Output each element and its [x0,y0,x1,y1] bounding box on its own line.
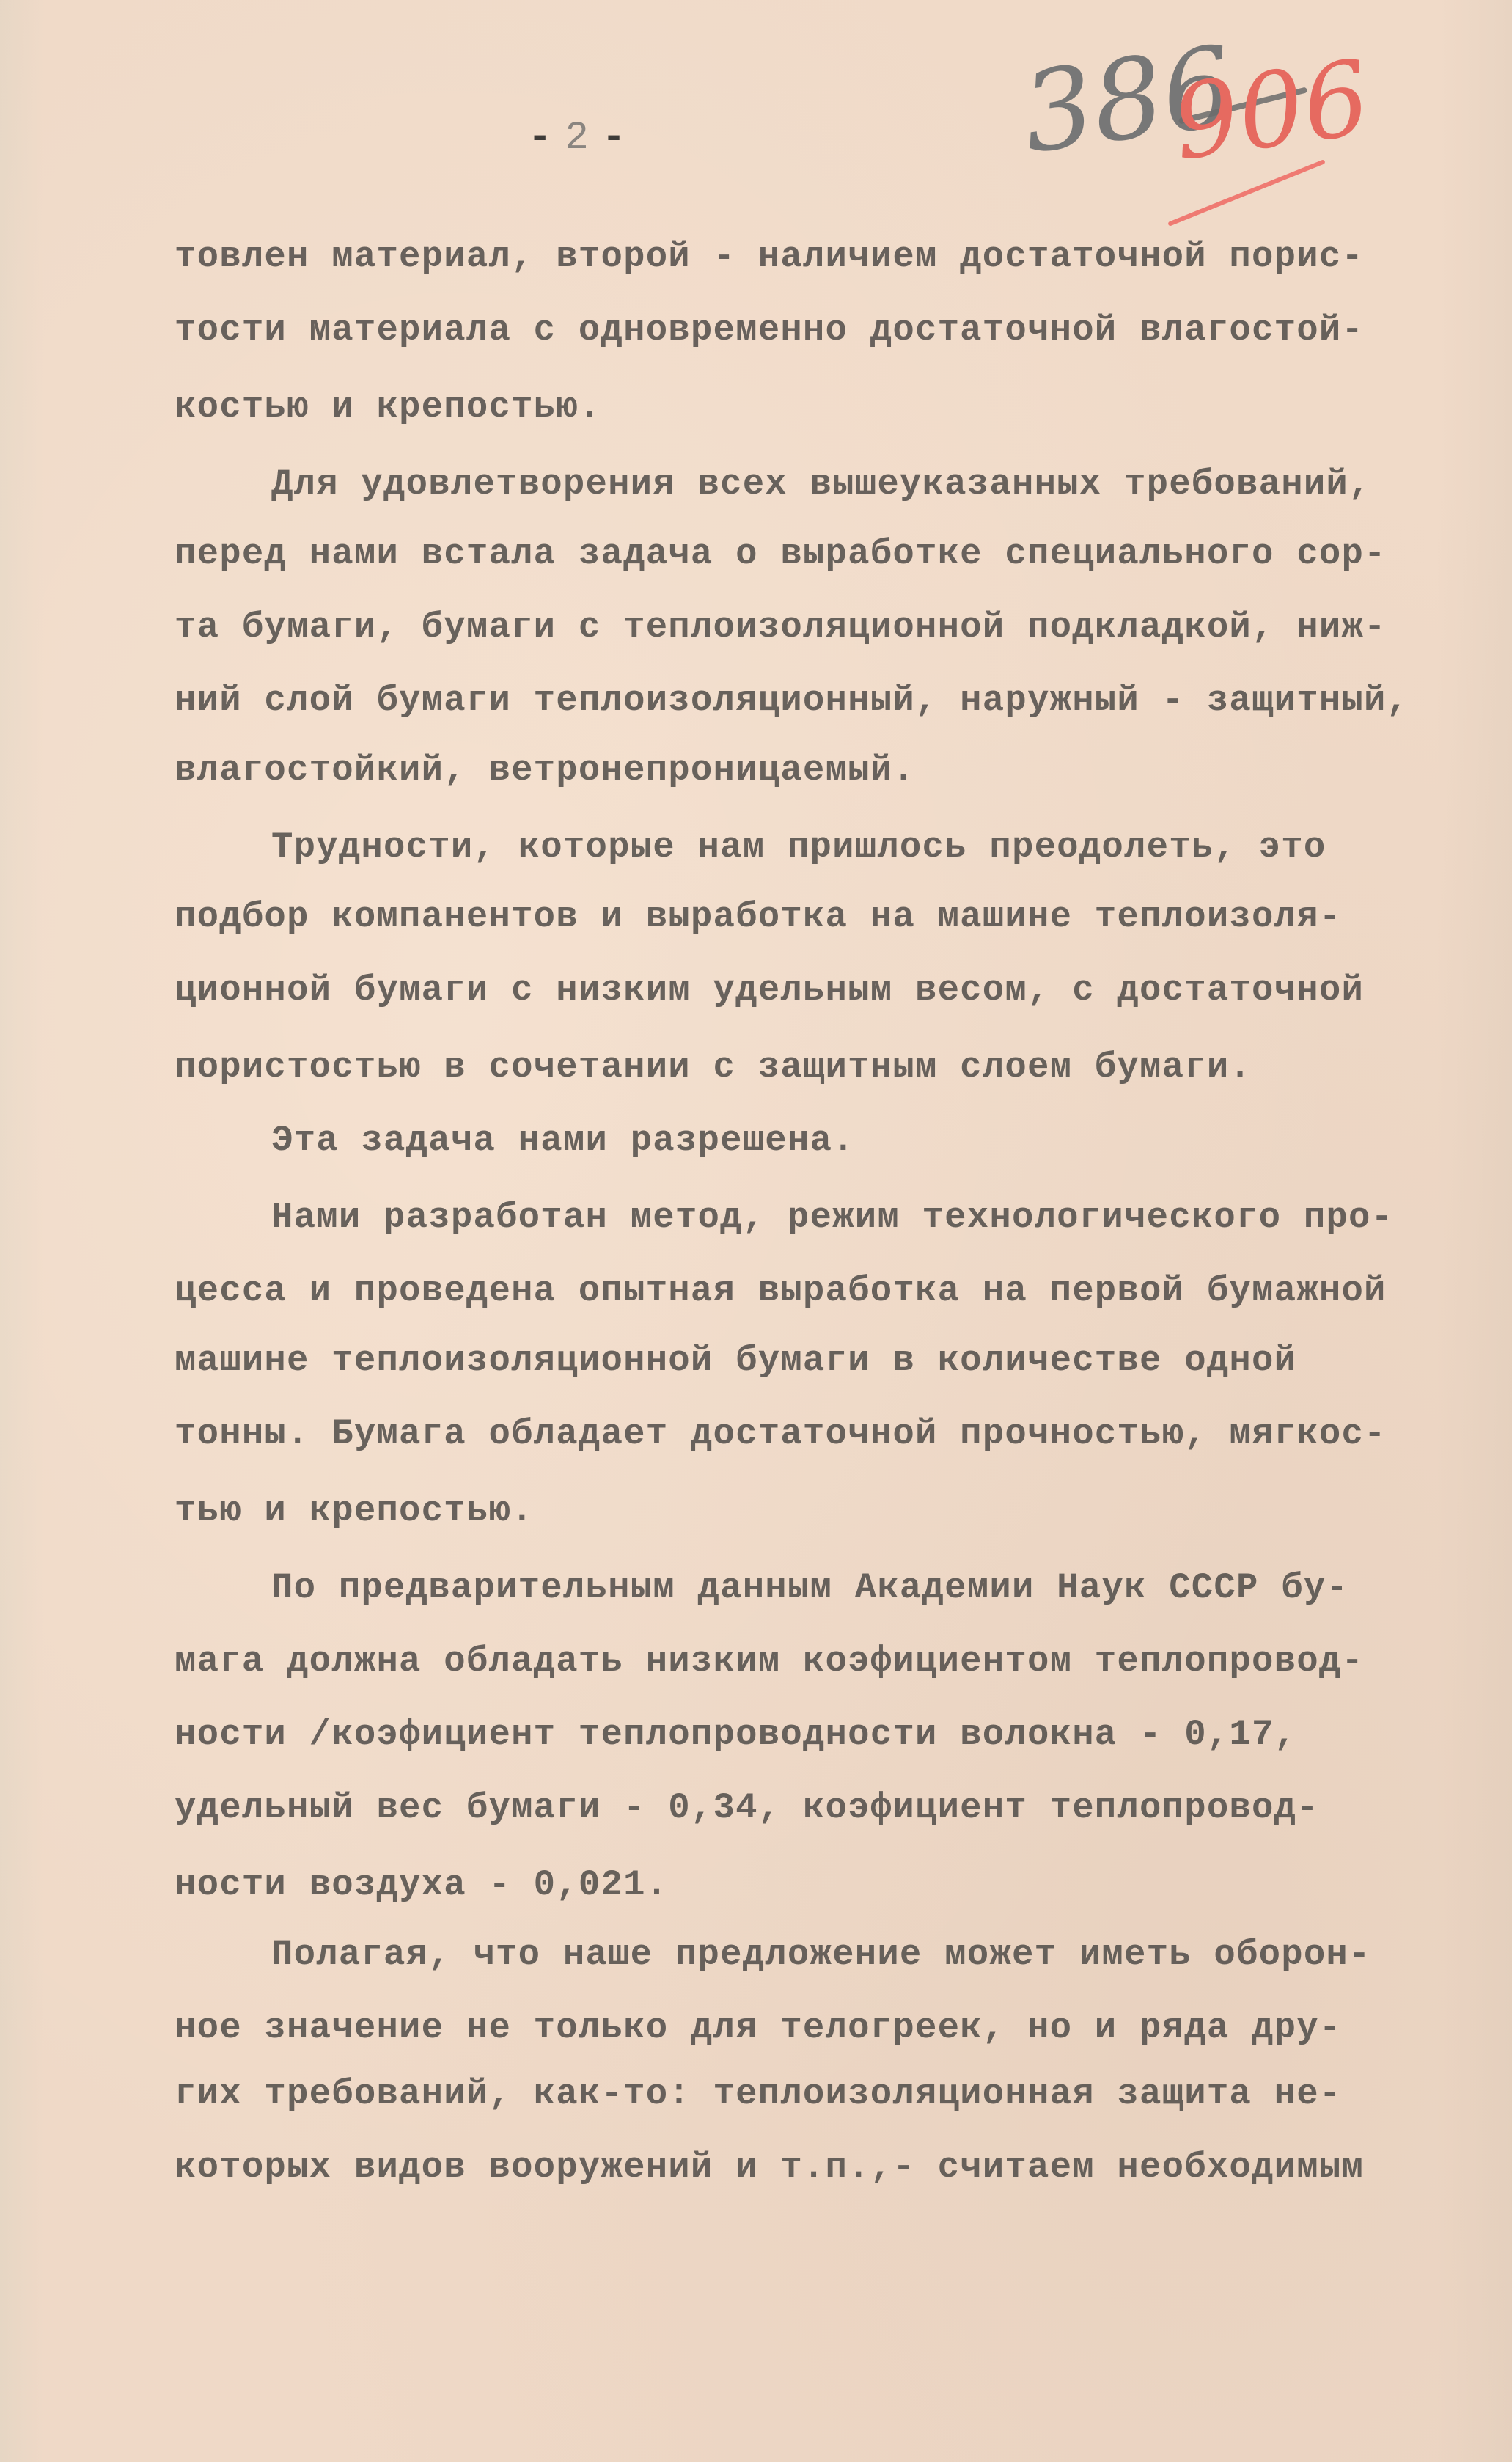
text-line: пористостью в сочетании с защитным слоем… [175,1047,1252,1088]
text-line: товлен материал, второй - наличием доста… [175,236,1364,277]
text-line: удельный вес бумаги - 0,34, коэфициент т… [175,1787,1319,1828]
text-line: костью и крепостью. [175,386,601,428]
text-line: цесса и проведена опытная выработка на п… [175,1270,1387,1311]
text-line: ционной бумаги с низким удельным весом, … [175,970,1364,1011]
text-line: По предварительным данным Академии Наук … [271,1567,1348,1608]
archive-folio-annotation: 386 906 [986,15,1324,235]
text-line: ное значение не только для телогреек, но… [175,2007,1341,2048]
text-line: Полагая, что наше предложение может имет… [271,1934,1371,1975]
page-number-dash-right: - [602,116,639,161]
text-line: машине теплоизоляционной бумаги в количе… [175,1340,1296,1381]
page-number-dash-left: - [528,116,565,161]
text-line: влагостойкий, ветронепроницаемый. [175,750,915,791]
text-line: которых видов вооружений и т.п.,- считае… [175,2147,1364,2188]
text-line: ности воздуха - 0,021. [175,1864,668,1905]
text-line: Трудности, которые нам пришлось преодоле… [271,827,1326,868]
page-number: -2- [528,116,639,161]
text-line: Эта задача нами разрешена. [271,1120,855,1161]
text-line: тью и крепостью. [175,1490,534,1531]
text-line: подбор компанентов и выработка на машине… [175,896,1341,937]
page-number-value: 2 [565,116,601,161]
text-line: ний слой бумаги теплоизоляционный, наруж… [175,680,1409,721]
text-line: Для удовлетворения всех вышеуказанных тр… [271,464,1371,505]
text-line: гих требований, как-то: теплоизоляционна… [175,2073,1341,2114]
text-line: Нами разработан метод, режим технологиче… [271,1197,1393,1238]
text-line: тости материала с одновременно достаточн… [175,309,1364,351]
text-line: та бумаги, бумаги с теплоизоляционной по… [175,607,1387,648]
text-line: тонны. Бумага обладает достаточной прочн… [175,1413,1387,1454]
text-line: мага должна обладать низким коэфициентом… [175,1641,1364,1682]
text-line: ности /коэфициент теплопроводности волок… [175,1714,1296,1755]
text-line: перед нами встала задача о выработке спе… [175,533,1387,574]
